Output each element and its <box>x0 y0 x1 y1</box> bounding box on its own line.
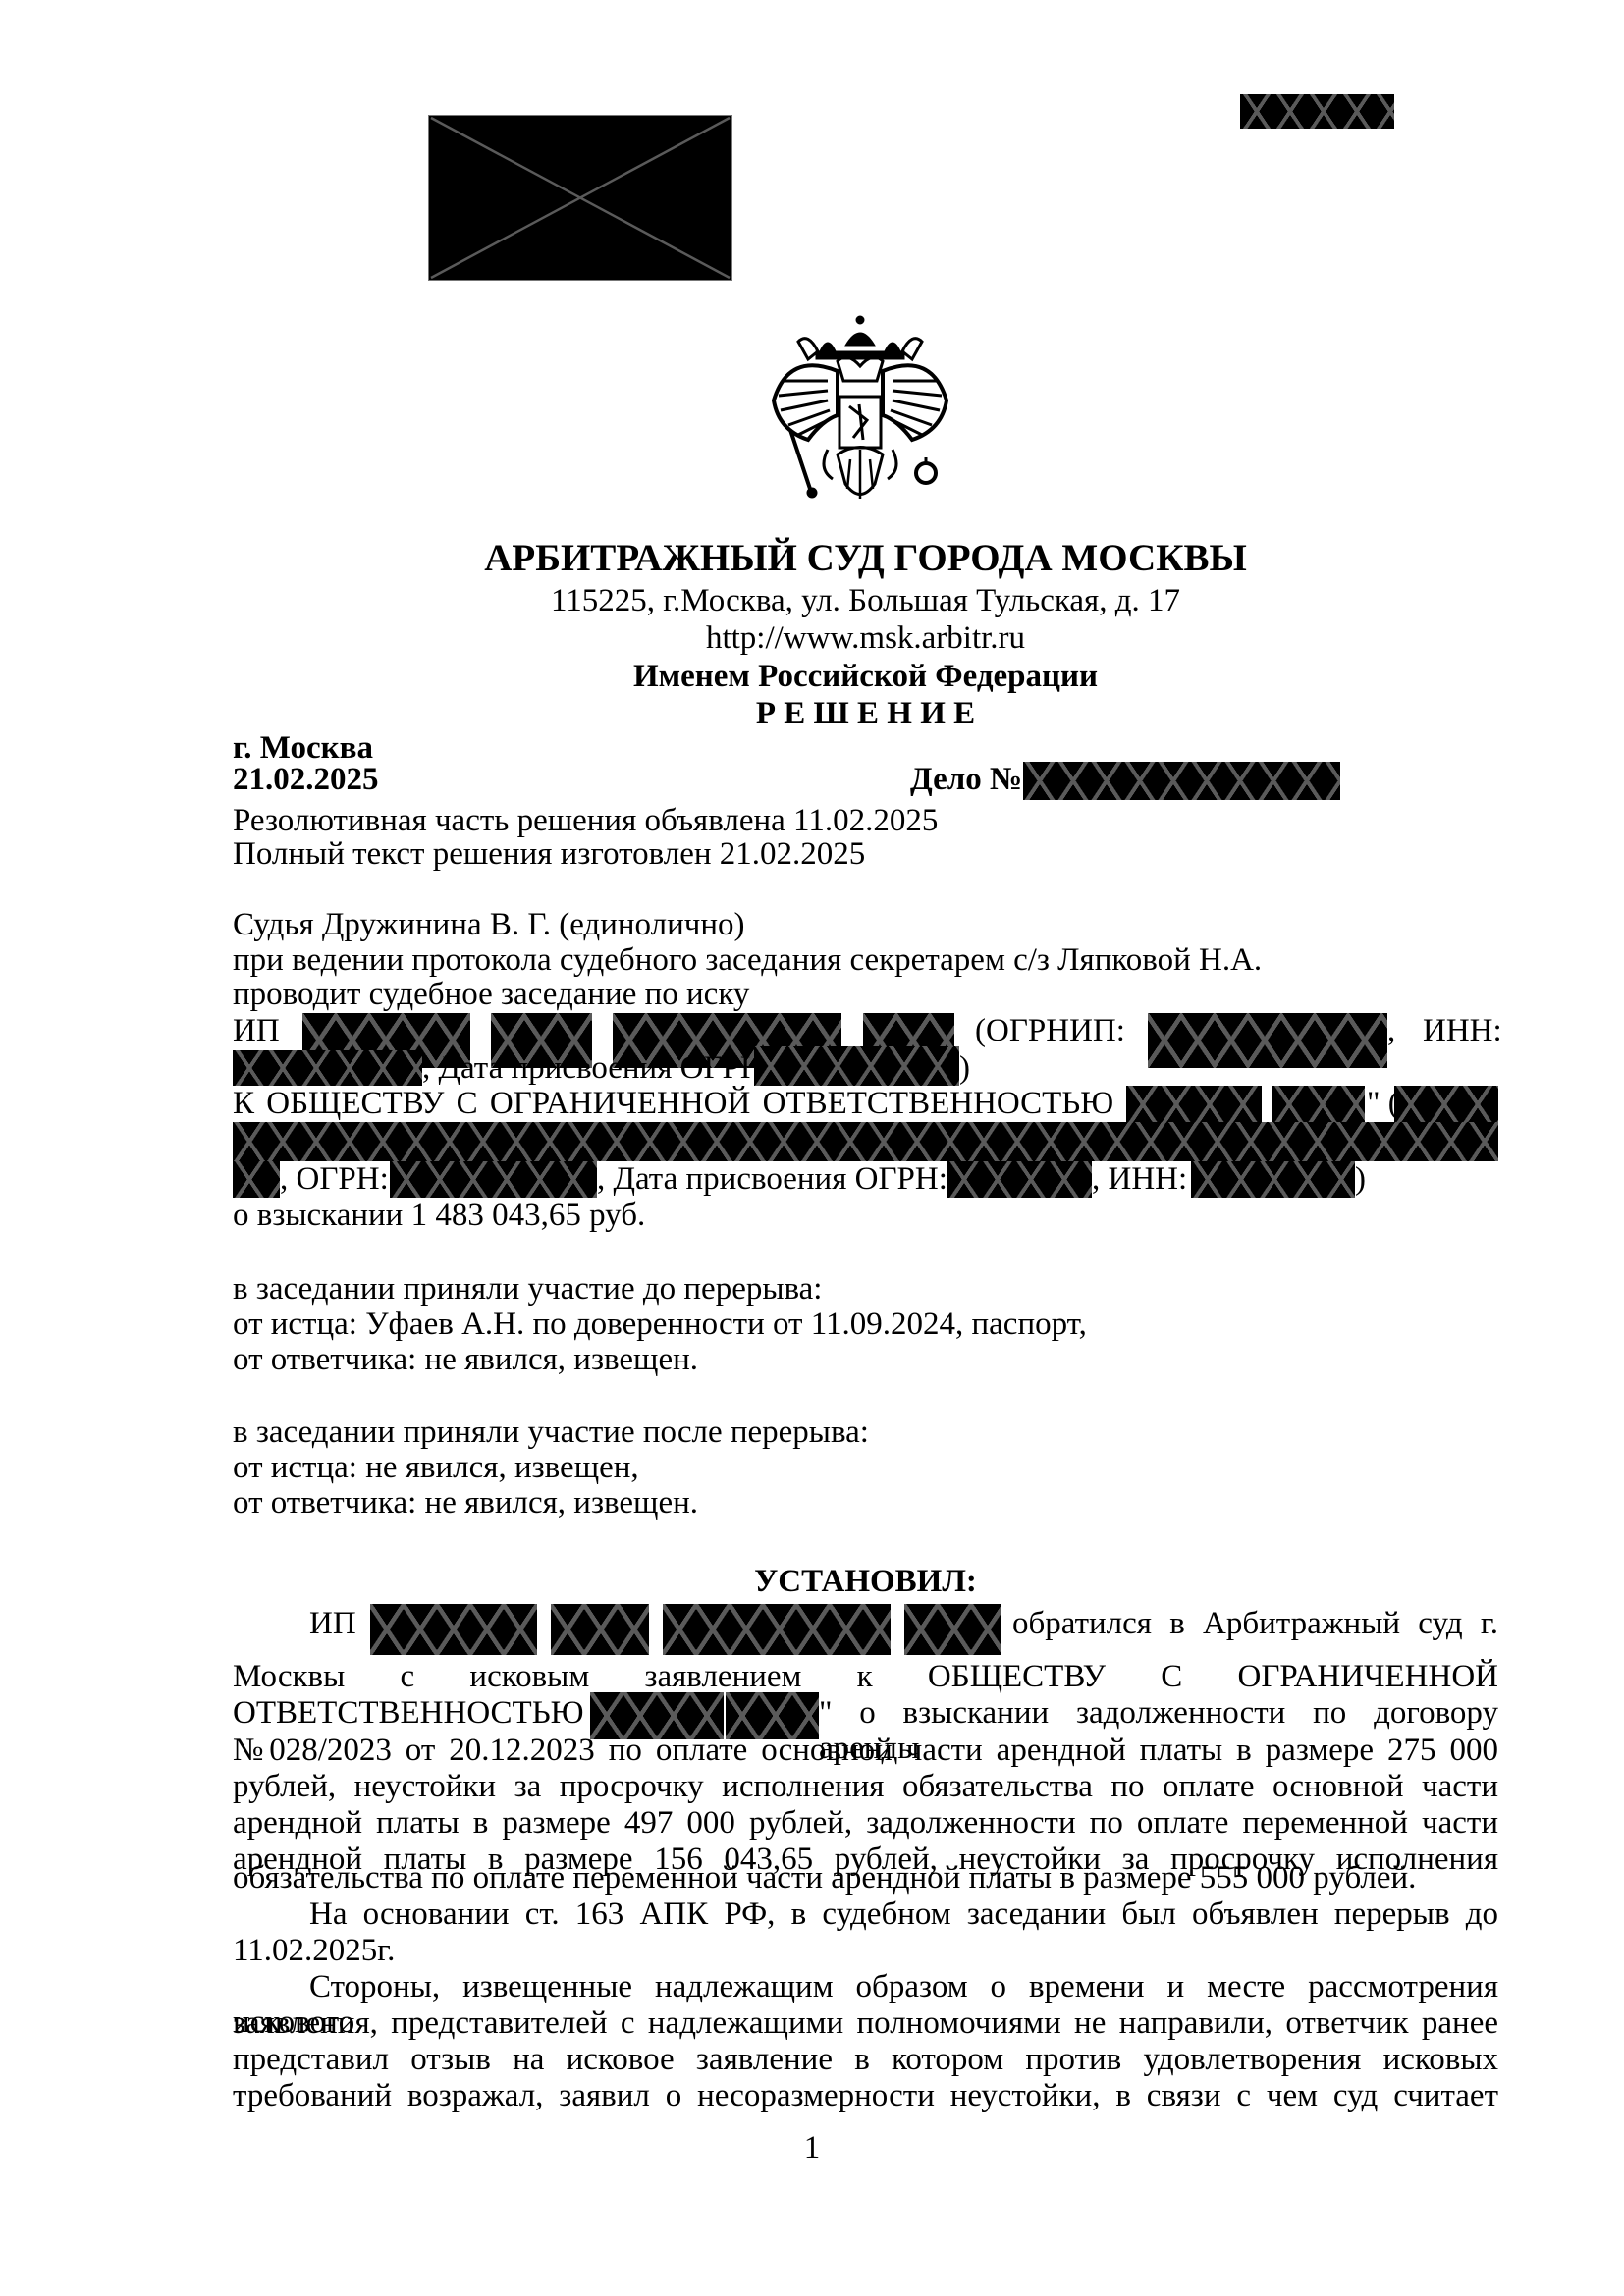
court-name: АРБИТРАЖНЫЙ СУД ГОРОДА МОСКВЫ <box>233 537 1498 580</box>
para2-line1: На основании ст. 163 АПК РФ, в судебном … <box>233 1896 1498 1932</box>
inn-label-2: , ИНН: <box>1092 1161 1187 1197</box>
p1-prefix: ИП <box>309 1606 356 1641</box>
redacted-claimant-name-a <box>370 1604 537 1655</box>
para1-line2: Москвы с исковым заявлением к ОБЩЕСТВУ С… <box>233 1659 1498 1694</box>
ogrnip-label: (ОГРНИП: <box>975 1013 1125 1048</box>
redacted-ogrn-date <box>947 1161 1092 1198</box>
before-break-defendant: от ответчика: не явился, извещен. <box>233 1342 1498 1377</box>
after-break-defendant: от ответчика: не явился, извещен. <box>233 1485 1498 1521</box>
close-paren: ) <box>959 1050 970 1086</box>
case-number-label: Дело № <box>910 762 1022 797</box>
after-break-title: в заседании приняли участие после переры… <box>233 1415 1498 1450</box>
redacted-inn <box>233 1050 422 1086</box>
redacted-ogrn <box>390 1161 597 1198</box>
para3-line3: представил отзыв на исковое заявление в … <box>233 2042 1498 2077</box>
claim-amount: о взыскании 1 483 043,65 руб. <box>233 1198 1498 1233</box>
inn-label: ИНН: <box>1423 1013 1502 1048</box>
para3-line2: заявления, представителей с надлежащими … <box>233 2005 1498 2041</box>
para1-line8: обязательства по оплате переменной части… <box>233 1860 1498 1896</box>
redacted-defendant-inn <box>1191 1161 1355 1198</box>
before-break-claimant: от истца: Уфаев А.Н. по доверенности от … <box>233 1307 1498 1342</box>
redacted-case-number <box>1023 762 1340 800</box>
redacted-defendant-address-2 <box>233 1122 1498 1161</box>
para3-line4: требований возражал, заявил о несоразмер… <box>233 2078 1498 2113</box>
coat-of-arms-icon <box>769 312 951 505</box>
page-number: 1 <box>0 2130 1624 2166</box>
redacted-defendant-name-1 <box>1126 1086 1262 1123</box>
redacted-stamp <box>428 115 732 281</box>
close-paren-2: ) <box>1355 1161 1366 1197</box>
before-break-title: в заседании приняли участие до перерыва: <box>233 1271 1498 1307</box>
redacted-claimant-name-d <box>904 1604 1001 1655</box>
redacted-defendant-address-3 <box>233 1161 280 1198</box>
p1-suffix: обратился в Арбитражный суд г. <box>1012 1606 1498 1641</box>
judge: Судья Дружинина В. Г. (единолично) <box>233 907 1498 942</box>
court-website[interactable]: http://www.msk.arbitr.ru <box>233 619 1498 657</box>
hearing-intro: проводит судебное заседание по иску <box>233 977 1498 1012</box>
established-heading: УСТАНОВИЛ: <box>233 1564 1498 1599</box>
secretary: при ведении протокола судебного заседани… <box>233 942 1498 978</box>
redacted-corner-mark <box>1240 94 1394 129</box>
p1-l3-prefix: ОТВЕТСТВЕННОСТЬЮ " <box>233 1695 605 1731</box>
full-text-made: Полный текст решения изготовлен 21.02.20… <box>233 836 1498 872</box>
redacted-defendant-address-1 <box>1394 1086 1498 1123</box>
claimant-prefix: ИП <box>233 1013 280 1048</box>
comma: , <box>1387 1013 1395 1048</box>
ogrn-date-label: , Дата присвоения ОГРН: <box>597 1161 947 1197</box>
city: г. Москва <box>233 730 1498 766</box>
court-address: 115225, г.Москва, ул. Большая Тульская, … <box>233 582 1498 619</box>
in-the-name-of: Именем Российской Федерации <box>233 658 1498 695</box>
redacted-claimant-name-c <box>663 1604 891 1655</box>
redacted-ogrnip-date <box>754 1046 959 1086</box>
para1-line4: №028/2023 от 20.12.2023 по оплате основн… <box>233 1733 1498 1768</box>
para1-line6: арендной платы в размере 497 000 рублей,… <box>233 1805 1498 1841</box>
document-type: Р Е Ш Е Н И Е <box>233 695 1498 732</box>
ogrn-label: , ОГРН: <box>280 1161 389 1197</box>
redacted-defendant-name-2 <box>1272 1086 1365 1123</box>
para2-line2: 11.02.2025г. <box>233 1933 1498 1968</box>
redacted-claimant-name-b <box>551 1604 649 1655</box>
para1-line5: рублей, неустойки за просрочку исполнени… <box>233 1769 1498 1804</box>
defendant-prefix: К ОБЩЕСТВУ С ОГРАНИЧЕННОЙ ОТВЕТСТВЕННОСТ… <box>233 1086 1139 1121</box>
after-break-claimant: от истца: не явился, извещен, <box>233 1450 1498 1485</box>
redacted-ogrnip <box>1148 1013 1387 1068</box>
resolution-announced: Резолютивная часть решения объявлена 11.… <box>233 803 1498 838</box>
